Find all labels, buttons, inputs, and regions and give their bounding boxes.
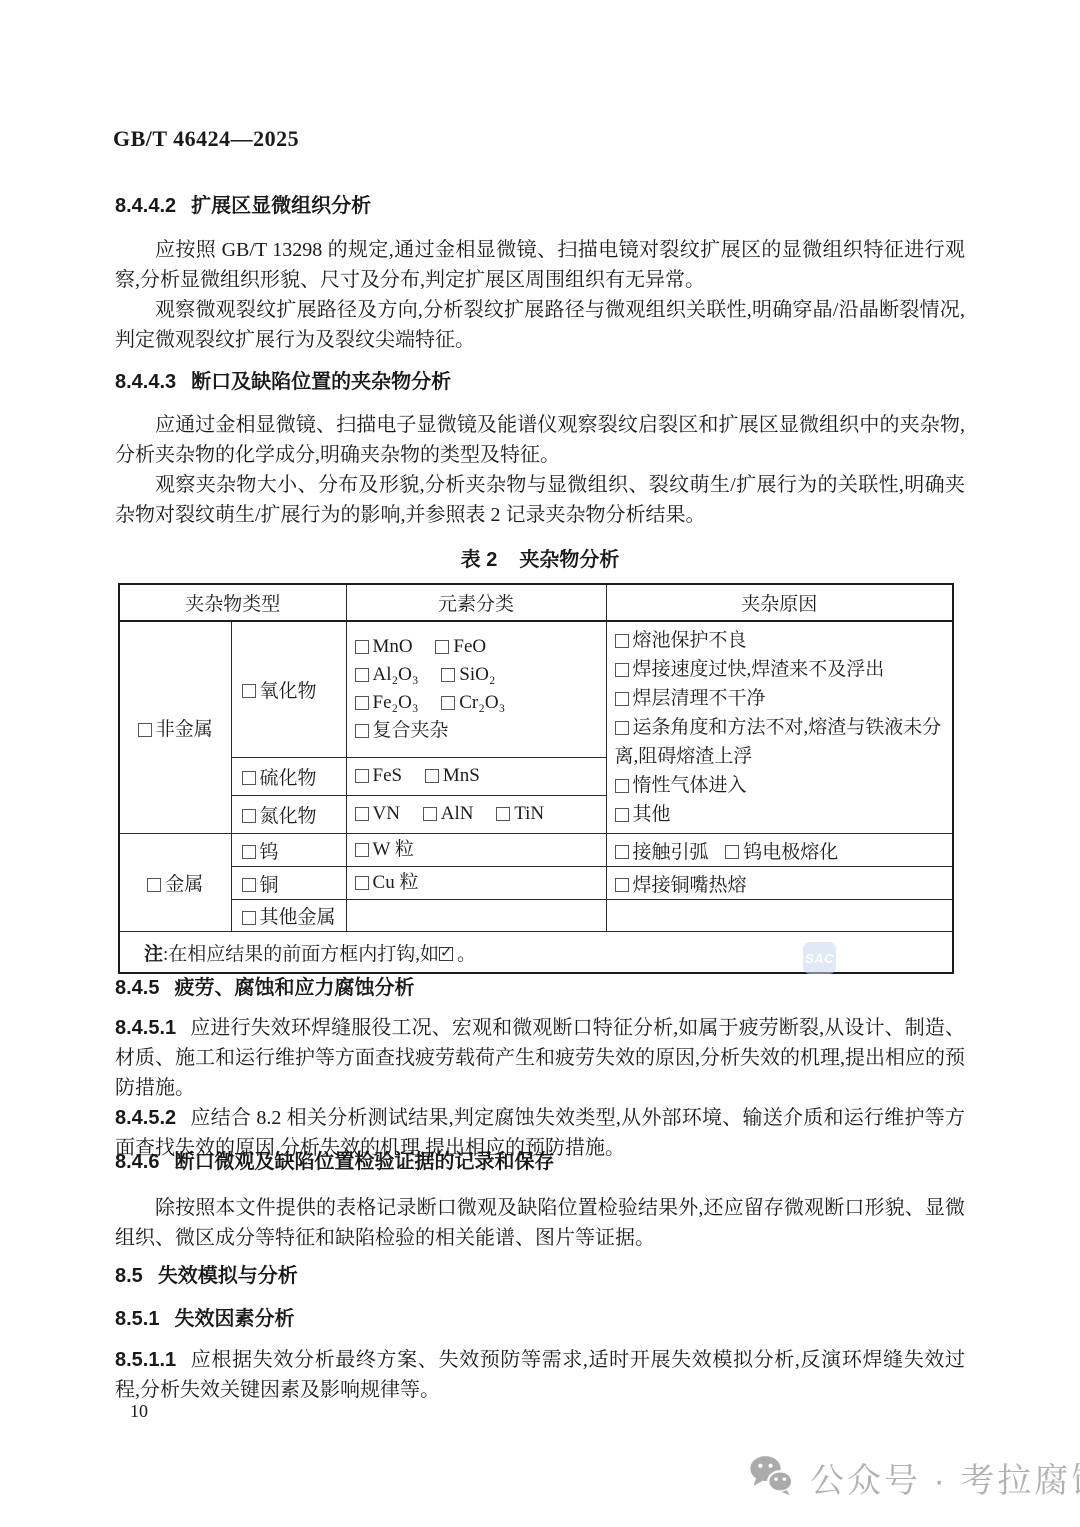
checkbox-icon: [615, 878, 629, 892]
cause-option: 钨电极熔化: [743, 842, 838, 863]
checkbox-icon: [138, 723, 152, 737]
cell-tungsten-type: 钨: [231, 834, 346, 867]
checkbox-icon: [615, 692, 629, 706]
cause-option: 熔池保护不良: [633, 630, 747, 651]
table-row: 金属 钨 W 粒 接触引弧 钨电极熔化: [119, 834, 953, 867]
checkbox-icon: [355, 876, 369, 890]
table-row: 铜 Cu 粒 焊接铜嘴热熔: [119, 867, 953, 900]
cell-oxide-elements: MnO FeO Al₂O₃ SiO₂ Fe₂O₃ Cr₂O₃ 复合夹杂: [346, 621, 606, 757]
sac-logo-text: SAC: [805, 951, 834, 966]
cell-tungsten-elements: W 粒: [346, 834, 606, 867]
checkbox-icon: [615, 634, 629, 648]
element-option: W 粒: [373, 839, 414, 860]
cause-option: 惰性气体进入: [633, 775, 747, 796]
heading-8-4-4-3: 8.4.4.3断口及缺陷位置的夹杂物分析: [115, 369, 965, 395]
element-option: TiN: [514, 803, 544, 824]
paragraph: 除按照本文件提供的表格记录断口微观及缺陷位置检验结果外,还应留存微观断口形貌、显…: [115, 1193, 965, 1253]
heading-8-5: 8.5失效模拟与分析: [115, 1263, 965, 1289]
checkbox-icon: [441, 696, 455, 710]
checkbox-icon: [147, 878, 161, 892]
cause-option: 焊接铜嘴热熔: [633, 875, 747, 896]
clause-text: 应进行失效环焊缝服役工况、宏观和微观断口特征分析,如属于疲劳断裂,从设计、制造、…: [115, 1017, 965, 1099]
checkbox-icon: [423, 807, 437, 821]
clause-number: 8.5.1.1: [115, 1349, 176, 1371]
heading-number: 8.4.6: [115, 1151, 159, 1173]
cell-sulfide-elements: FeS MnS: [346, 757, 606, 795]
checkbox-icon: [615, 663, 629, 677]
cell-tungsten-causes: 接触引弧 钨电极熔化: [606, 834, 953, 867]
element-option: Al₂O₃: [373, 664, 419, 685]
element-option: FeS: [373, 765, 403, 786]
checkbox-icon: [242, 878, 256, 892]
heading-title: 断口微观及缺陷位置检验证据的记录和保存: [174, 1151, 554, 1173]
element-option: MnS: [443, 765, 480, 786]
heading-8-4-6: 8.4.6断口微观及缺陷位置检验证据的记录和保存: [115, 1149, 965, 1175]
checkbox-icon: [615, 845, 629, 859]
wechat-watermark-text: 公众号 · 考拉腐蚀: [810, 1453, 1080, 1502]
cause-option: 运条角度和方法不对,熔渣与铁液未分离,阻碍熔渣上浮: [615, 717, 942, 767]
section-8-4-5-body: 8.4.5.1应进行失效环焊缝服役工况、宏观和微观断口特征分析,如属于疲劳断裂,…: [115, 1013, 965, 1163]
page-number: 10: [130, 1401, 148, 1422]
clause-paragraph: 8.4.5.1应进行失效环焊缝服役工况、宏观和微观断口特征分析,如属于疲劳断裂,…: [115, 1013, 965, 1103]
checkbox-icon: [355, 807, 369, 821]
heading-number: 8.4.5: [115, 977, 159, 999]
inclusion-analysis-table: 夹杂物类型 元素分类 夹杂原因 非金属 氧化物 MnO FeO Al₂O₃ Si…: [118, 583, 954, 974]
cell-copper-type: 铜: [231, 867, 346, 900]
cell-copper-causes: 焊接铜嘴热熔: [606, 867, 953, 900]
type-label: 氧化物: [260, 681, 317, 702]
checkbox-icon: [435, 640, 449, 654]
checkbox-icon: [355, 668, 369, 682]
element-option: VN: [373, 803, 400, 824]
checkbox-icon: [355, 696, 369, 710]
element-option: SiO₂: [459, 664, 495, 685]
table-row: 非金属 氧化物 MnO FeO Al₂O₃ SiO₂ Fe₂O₃ Cr₂O₃: [119, 621, 953, 757]
type-label: 铜: [260, 875, 279, 896]
heading-number: 8.4.4.2: [115, 195, 176, 217]
checkbox-icon: [615, 721, 629, 735]
checkbox-icon: [615, 779, 629, 793]
cell-nonmetal-group: 非金属: [119, 621, 231, 834]
paragraph: 观察微观裂纹扩展路径及方向,分析裂纹扩展路径与微观组织关联性,明确穿晶/沿晶断裂…: [115, 295, 965, 355]
heading-8-4-5: 8.4.5疲劳、腐蚀和应力腐蚀分析: [115, 975, 965, 1001]
element-option: AlN: [441, 803, 474, 824]
cause-option: 焊层清理不干净: [633, 688, 766, 709]
checkbox-icon: [242, 809, 256, 823]
cause-option: 接触引弧: [633, 842, 709, 863]
cell-nonmetal-causes: 熔池保护不良 焊接速度过快,焊渣来不及浮出 焊层清理不干净 运条角度和方法不对,…: [606, 621, 953, 834]
clause-paragraph: 8.5.1.1应根据失效分析最终方案、失效预防等需求,适时开展失效模拟分析,反演…: [115, 1345, 965, 1405]
group-label: 非金属: [156, 719, 213, 740]
element-option: Cr₂O₃: [459, 692, 505, 713]
note-text-tail: 。: [457, 944, 476, 965]
cell-other-metal-type: 其他金属: [231, 900, 346, 932]
checkbox-icon: [441, 668, 455, 682]
checkbox-icon: [242, 845, 256, 859]
section-8-4-4-3-body: 应通过金相显微镜、扫描电子显微镜及能谱仪观察裂纹启裂区和扩展区显微组织中的夹杂物…: [115, 410, 965, 530]
table-caption-label: 表 2: [461, 549, 498, 571]
checkbox-icon: [425, 769, 439, 783]
checkbox-icon: [355, 769, 369, 783]
cause-option: 焊接速度过快,焊渣来不及浮出: [633, 659, 885, 680]
heading-title: 断口及缺陷位置的夹杂物分析: [191, 371, 451, 393]
heading-number: 8.4.4.3: [115, 371, 176, 393]
document-page: GB/T 46424—2025 8.4.4.2扩展区显微组织分析 应按照 GB/…: [0, 0, 1080, 1527]
clause-number: 8.4.5.1: [115, 1017, 176, 1039]
sac-logo-watermark: SAC: [803, 942, 836, 974]
type-label: 其他金属: [260, 907, 336, 928]
cause-option: 其他: [633, 804, 671, 825]
section-8-4-4-2-body: 应按照 GB/T 13298 的规定,通过金相显微镜、扫描电镜对裂纹扩展区的显微…: [115, 235, 965, 355]
heading-number: 8.5.1: [115, 1308, 159, 1330]
table-header-row: 夹杂物类型 元素分类 夹杂原因: [119, 584, 953, 621]
cell-metal-group: 金属: [119, 834, 231, 932]
heading-title: 失效模拟与分析: [158, 1265, 298, 1287]
table-row: 其他金属: [119, 900, 953, 932]
heading-number: 8.5: [115, 1265, 143, 1287]
paragraph: 应通过金相显微镜、扫描电子显微镜及能谱仪观察裂纹启裂区和扩展区显微组织中的夹杂物…: [115, 410, 965, 470]
standard-number: GB/T 46424—2025: [113, 126, 299, 152]
heading-8-5-1: 8.5.1失效因素分析: [115, 1306, 965, 1332]
element-option: Fe₂O₃: [373, 692, 419, 713]
section-8-4-6-body: 除按照本文件提供的表格记录断口微观及缺陷位置检验结果外,还应留存微观断口形貌、显…: [115, 1193, 965, 1253]
note-label: 注: [144, 944, 163, 965]
table-caption-title: 夹杂物分析: [519, 549, 619, 571]
type-label: 钨: [260, 842, 279, 863]
column-header-inclusion-cause: 夹杂原因: [606, 584, 953, 621]
section-8-5-1-body: 8.5.1.1应根据失效分析最终方案、失效预防等需求,适时开展失效模拟分析,反演…: [115, 1345, 965, 1405]
element-option: FeO: [453, 636, 486, 657]
element-option: MnO: [373, 636, 413, 657]
heading-title: 疲劳、腐蚀和应力腐蚀分析: [174, 977, 414, 999]
table-caption: 表 2夹杂物分析: [115, 543, 965, 572]
column-header-inclusion-type: 夹杂物类型: [119, 584, 346, 621]
paragraph: 观察夹杂物大小、分布及形貌,分析夹杂物与显微组织、裂纹萌生/扩展行为的关联性,明…: [115, 470, 965, 530]
cell-copper-elements: Cu 粒: [346, 867, 606, 900]
checkbox-icon: [242, 684, 256, 698]
type-label: 硫化物: [260, 768, 317, 789]
checkbox-icon: [355, 843, 369, 857]
cell-sulfide-type: 硫化物: [231, 757, 346, 795]
cell-oxide-type: 氧化物: [231, 621, 346, 757]
element-option: Cu 粒: [373, 872, 419, 893]
cell-other-metal-causes: [606, 900, 953, 932]
group-label: 金属: [165, 874, 203, 895]
paragraph: 应按照 GB/T 13298 的规定,通过金相显微镜、扫描电镜对裂纹扩展区的显微…: [115, 235, 965, 295]
cell-nitride-type: 氮化物: [231, 795, 346, 833]
checkbox-icon: [496, 807, 510, 821]
checkbox-icon: [615, 808, 629, 822]
checkbox-icon: [242, 911, 256, 925]
heading-8-4-4-2: 8.4.4.2扩展区显微组织分析: [115, 193, 965, 219]
note-text: :在相应结果的前面方框内打钩,如: [163, 944, 439, 965]
clause-number: 8.4.5.2: [115, 1107, 176, 1129]
clause-text: 应根据失效分析最终方案、失效预防等需求,适时开展失效模拟分析,反演环焊缝失效过程…: [115, 1349, 965, 1401]
type-label: 氮化物: [260, 806, 317, 827]
checkbox-icon: [355, 640, 369, 654]
heading-title: 扩展区显微组织分析: [191, 195, 371, 217]
element-option: 复合夹杂: [373, 720, 449, 741]
checkbox-icon: [355, 724, 369, 738]
column-header-element-class: 元素分类: [346, 584, 606, 621]
checkbox-icon: [725, 845, 739, 859]
wechat-icon: [748, 1454, 794, 1501]
checkbox-icon: [242, 771, 256, 785]
cell-other-metal-elements: [346, 900, 606, 932]
heading-title: 失效因素分析: [174, 1308, 294, 1330]
wechat-watermark: 公众号 · 考拉腐蚀: [748, 1453, 1080, 1502]
cell-nitride-elements: VN AlN TiN: [346, 795, 606, 833]
checked-checkbox-icon: [439, 947, 453, 961]
